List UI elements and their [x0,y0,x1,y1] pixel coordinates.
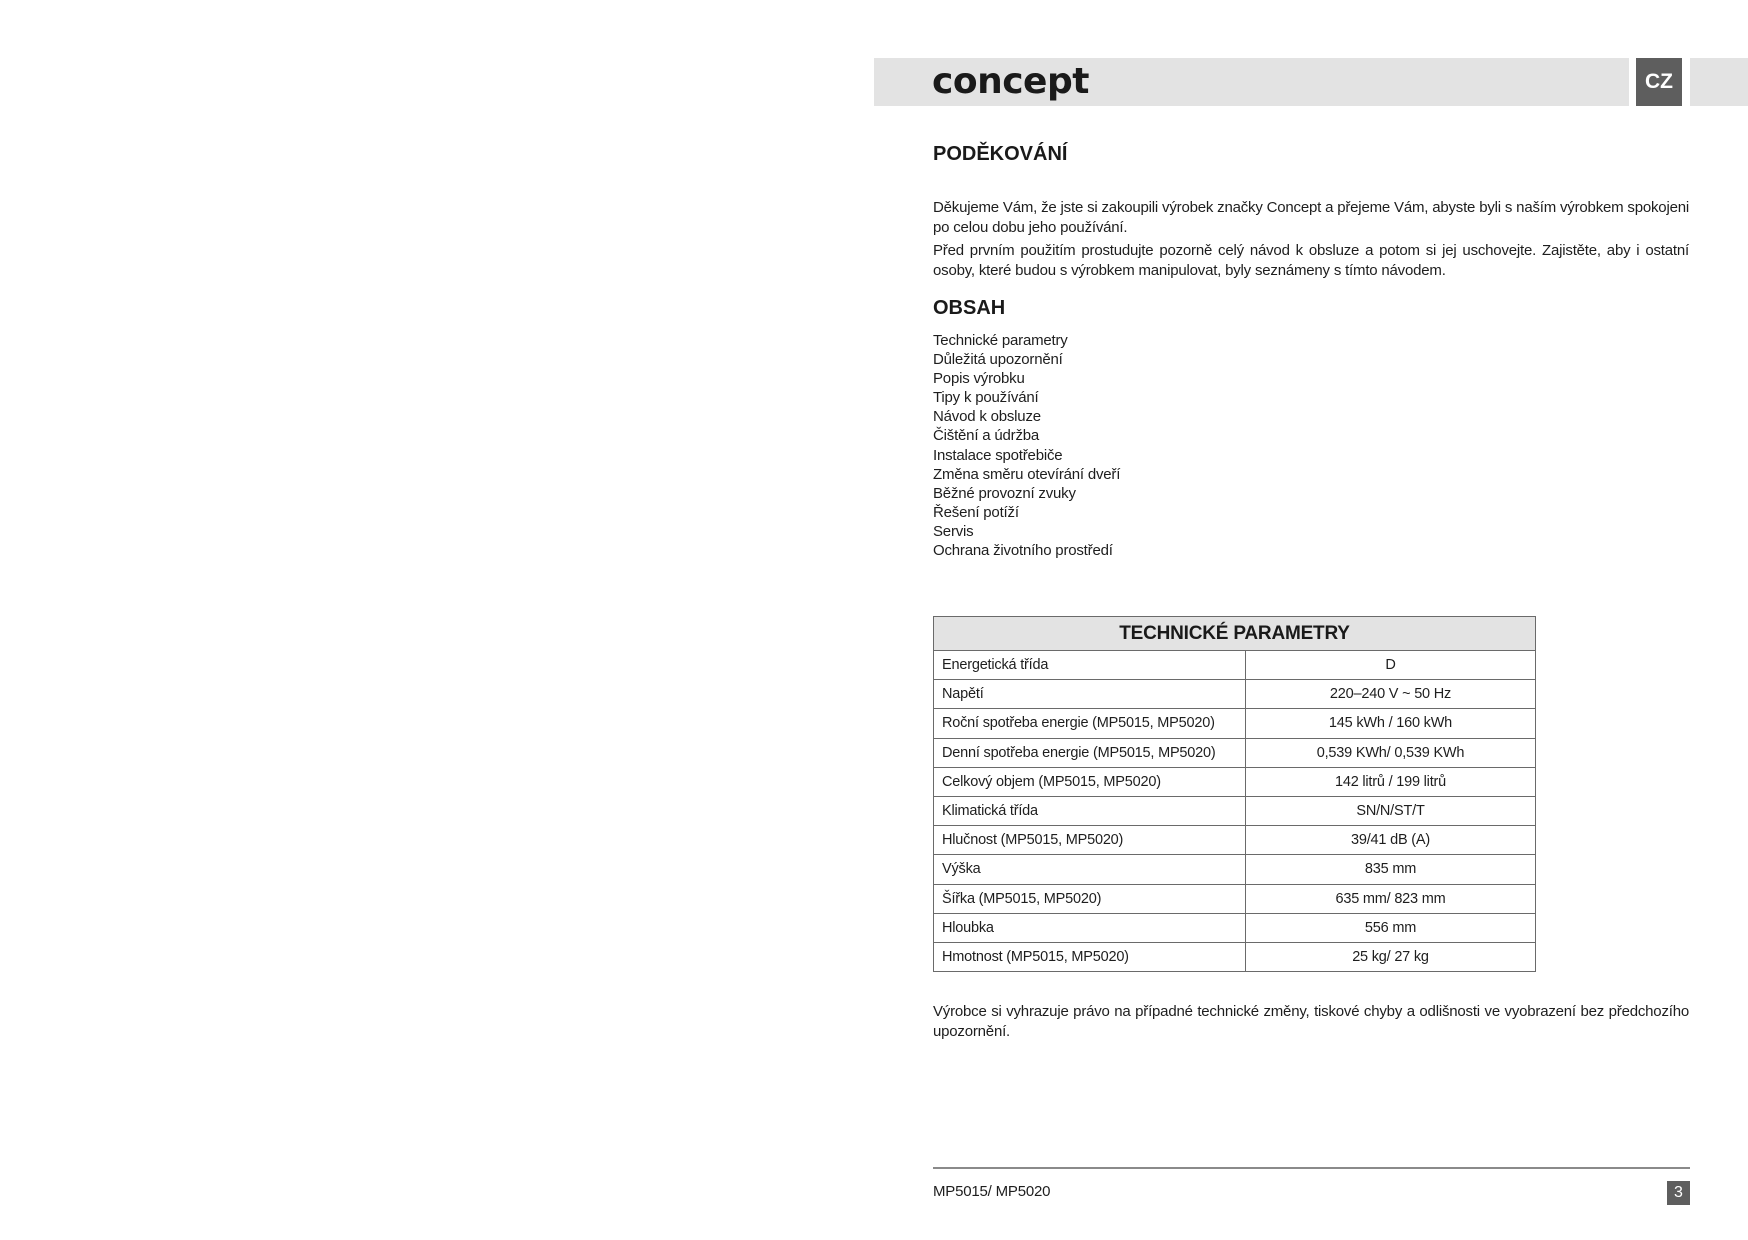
table-row: Celkový objem (MP5015, MP5020)142 litrů … [934,767,1536,796]
table-row: Hloubka556 mm [934,913,1536,942]
table-row: Napětí220–240 V ~ 50 Hz [934,680,1536,709]
toc-item: Technické parametry [933,331,1120,350]
technical-parameters-table: TECHNICKÉ PARAMETRY Energetická třídaDNa… [933,616,1536,972]
param-label: Výška [934,855,1246,884]
toc-item: Řešení potíží [933,503,1120,522]
toc-item: Čištění a údržba [933,426,1120,445]
table-row: Roční spotřeba energie (MP5015, MP5020)1… [934,709,1536,738]
param-label: Denní spotřeba energie (MP5015, MP5020) [934,738,1246,767]
thanks-heading: PODĚKOVÁNÍ [933,143,1067,166]
toc-item: Tipy k používání [933,388,1120,407]
param-value: 0,539 KWh/ 0,539 KWh [1246,738,1536,767]
table-row: Hmotnost (MP5015, MP5020)25 kg/ 27 kg [934,942,1536,971]
param-value: 635 mm/ 823 mm [1246,884,1536,913]
thanks-paragraph-2: Před prvním použitím prostudujte pozorně… [933,241,1689,281]
toc-item: Popis výrobku [933,369,1120,388]
param-value: 556 mm [1246,913,1536,942]
param-label: Hloubka [934,913,1246,942]
footer-divider [933,1167,1690,1169]
table-of-contents: Technické parametry Důležitá upozornění … [933,331,1120,560]
param-value: D [1246,651,1536,680]
param-label: Energetická třída [934,651,1246,680]
table-row: Energetická třídaD [934,651,1536,680]
language-badge: CZ [1636,58,1682,106]
param-label: Napětí [934,680,1246,709]
toc-heading: OBSAH [933,297,1005,320]
param-value: 220–240 V ~ 50 Hz [1246,680,1536,709]
param-value: 142 litrů / 199 litrů [1246,767,1536,796]
toc-item: Instalace spotřebiče [933,446,1120,465]
toc-item: Návod k obsluze [933,407,1120,426]
table-row: Šířka (MP5015, MP5020)635 mm/ 823 mm [934,884,1536,913]
table-title: TECHNICKÉ PARAMETRY [934,617,1536,651]
table-row: Denní spotřeba energie (MP5015, MP5020)0… [934,738,1536,767]
param-label: Šířka (MP5015, MP5020) [934,884,1246,913]
toc-item: Servis [933,522,1120,541]
footer-model: MP5015/ MP5020 [933,1183,1050,1200]
disclaimer: Výrobce si vyhrazuje právo na případné t… [933,1002,1689,1042]
param-label: Klimatická třída [934,796,1246,825]
param-label: Celkový objem (MP5015, MP5020) [934,767,1246,796]
param-label: Roční spotřeba energie (MP5015, MP5020) [934,709,1246,738]
table-row: Výška835 mm [934,855,1536,884]
brand-logo: concept [932,60,1089,104]
param-value: 25 kg/ 27 kg [1246,942,1536,971]
table-row: Klimatická třídaSN/N/ST/T [934,796,1536,825]
toc-item: Běžné provozní zvuky [933,484,1120,503]
page-number: 3 [1667,1181,1690,1205]
param-label: Hmotnost (MP5015, MP5020) [934,942,1246,971]
param-value: 39/41 dB (A) [1246,826,1536,855]
toc-item: Ochrana životního prostředí [933,541,1120,560]
param-value: 835 mm [1246,855,1536,884]
table-row: Hlučnost (MP5015, MP5020)39/41 dB (A) [934,826,1536,855]
toc-item: Změna směru otevírání dveří [933,465,1120,484]
param-value: SN/N/ST/T [1246,796,1536,825]
param-label: Hlučnost (MP5015, MP5020) [934,826,1246,855]
param-value: 145 kWh / 160 kWh [1246,709,1536,738]
thanks-paragraph-1: Děkujeme Vám, že jste si zakoupili výrob… [933,198,1689,238]
toc-item: Důležitá upozornění [933,350,1120,369]
header-bar-end [1690,58,1748,106]
